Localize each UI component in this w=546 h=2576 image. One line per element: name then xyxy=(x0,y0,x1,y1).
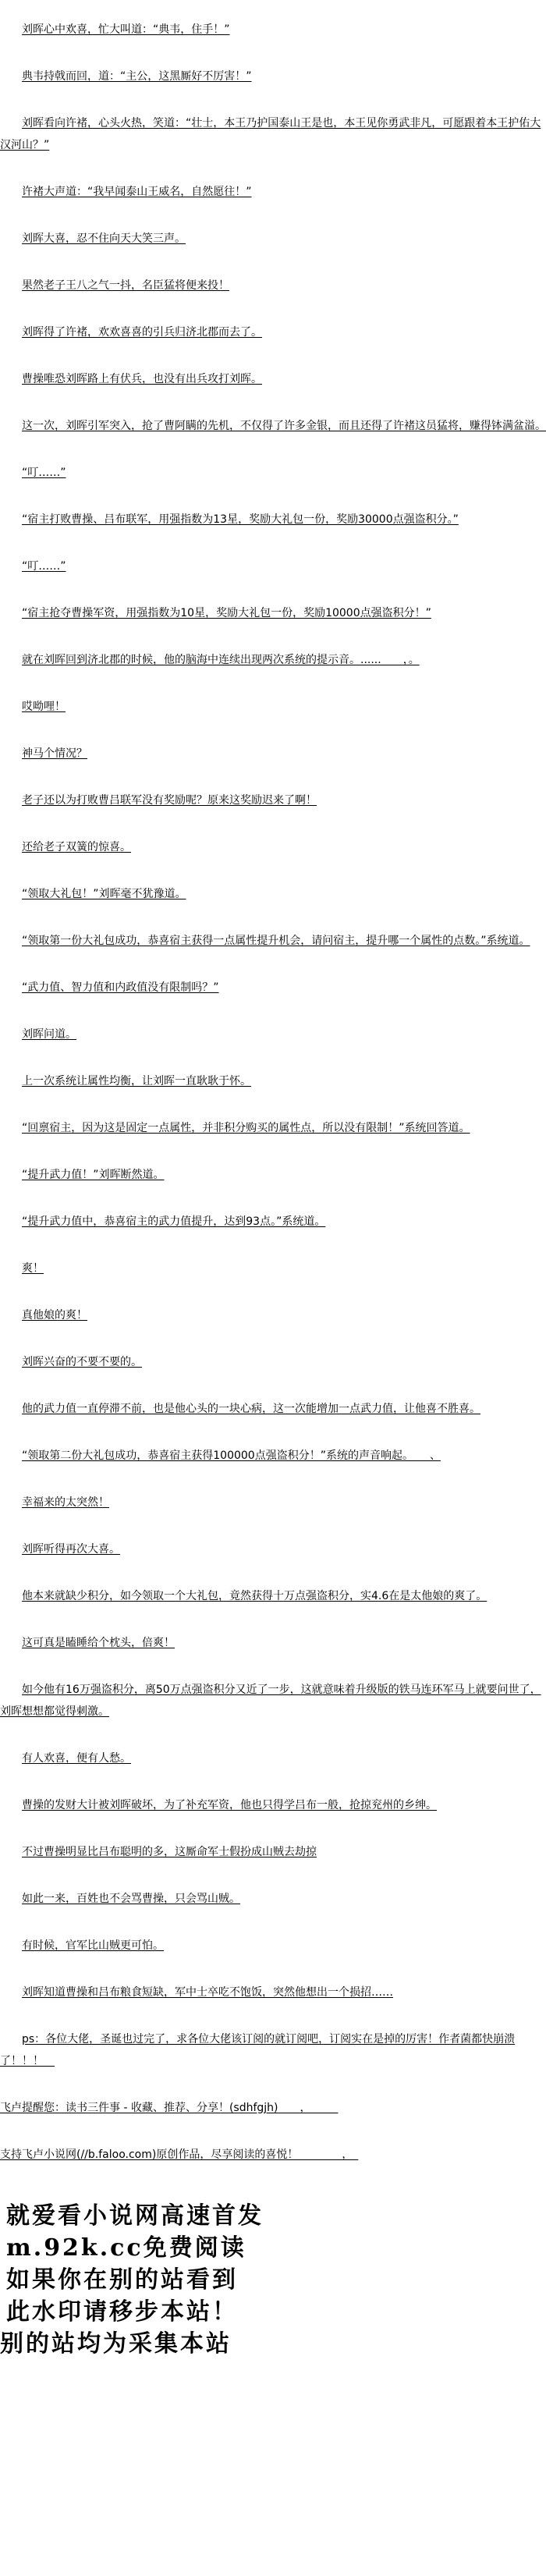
watermark-line: 此水印请移步本站！ xyxy=(0,2296,546,2328)
novel-paragraph: 果然老子王八之气一抖，名臣猛将便来投！ xyxy=(0,275,546,296)
novel-paragraph: 哎呦哩！ xyxy=(0,696,546,718)
novel-paragraph: 真他娘的爽！ xyxy=(0,1304,546,1326)
novel-paragraph: “宿主抢夺曹操军资，用强指数为10星，奖励大礼包一份，奖励10000点强盗积分！… xyxy=(0,602,546,624)
novel-paragraph: 许褚大声道：“我早闻泰山王威名，自然愿往！” xyxy=(0,181,546,203)
novel-paragraph: 如此一来，百姓也不会骂曹操，只会骂山贼。 xyxy=(0,1888,546,1910)
novel-paragraph: 不过曹操明显比吕布聪明的多，这厮命军士假扮成山贼去劫掠 xyxy=(0,1841,546,1863)
novel-paragraph: “叮……” xyxy=(0,555,546,577)
novel-paragraph: 就在刘晖回到济北郡的时候，他的脑海中连续出现两次系统的提示音。...... ，。 xyxy=(0,649,546,671)
novel-paragraph: 神马个情况？ xyxy=(0,743,546,765)
novel-paragraph: 曹操唯恐刘晖路上有伏兵，也没有出兵攻打刘晖。 xyxy=(0,368,546,390)
watermark-line: 别的站均为采集本站 xyxy=(0,2328,546,2360)
novel-paragraph: 如今他有16万强盗积分，离50万点强盗积分又近了一步，这就意味着升级版的铁马连环… xyxy=(0,1679,546,1723)
novel-paragraph: “武力值、智力值和内政值没有限制吗？” xyxy=(0,977,546,999)
paragraph-list: 刘晖心中欢喜，忙大叫道：“典韦，住手！”典韦持戟而回，道：“主公，这黑厮好不厉害… xyxy=(0,19,546,2166)
novel-paragraph: 他本来就缺少积分，如今领取一个大礼包，竟然获得十万点强盗积分，实4.6在是太他娘… xyxy=(0,1585,546,1607)
novel-paragraph: “叮……” xyxy=(0,462,546,484)
novel-paragraph: 曹操的发财大计被刘晖破坏，为了补充军资，他也只得学吕布一般，抢掠兖州的乡绅。 xyxy=(0,1794,546,1816)
novel-paragraph: 刘晖知道曹操和吕布粮食短缺，军中士卒吃不饱饭，突然他想出一个损招…… xyxy=(0,1982,546,2003)
watermark-block: 就爱看小说网高速首发m.92k.cc免费阅读如果你在别的站看到此水印请移步本站！… xyxy=(0,2200,546,2360)
novel-paragraph: ps：各位大佬，圣诞也过完了，求各位大佬该订阅的就订阅吧，订阅实在是掉的厉害！作… xyxy=(0,2028,546,2072)
novel-content: 刘晖心中欢喜，忙大叫道：“典韦，住手！”典韦持戟而回，道：“主公，这黑厮好不厉害… xyxy=(0,0,546,2360)
novel-paragraph: 刘晖心中欢喜，忙大叫道：“典韦，住手！” xyxy=(0,19,546,41)
novel-paragraph: 上一次系统让属性均衡，让刘晖一直耿耿于怀。 xyxy=(0,1070,546,1092)
novel-paragraph: 刘晖看向许褚，心头火热，笑道：“壮士，本王乃护国泰山王是也，本王见你勇武非凡，可… xyxy=(0,112,546,156)
novel-paragraph: “宿主打败曹操、吕布联军，用强指数为13星，奖励大礼包一份，奖励30000点强盗… xyxy=(0,509,546,530)
novel-paragraph: 这一次，刘晖引军突入，抢了曹阿瞒的先机，不仅得了许多金银，而且还得了许褚这员猛将… xyxy=(0,415,546,437)
watermark-line: m.92k.cc免费阅读 xyxy=(0,2232,546,2264)
novel-paragraph: “领取第一份大礼包成功，恭喜宿主获得一点属性提升机会，请问宿主，提升哪一个属性的… xyxy=(0,930,546,952)
novel-paragraph: 刘晖大喜，忍不住向天大笑三声。 xyxy=(0,228,546,250)
novel-paragraph: “提升武力值中，恭喜宿主的武力值提升，达到93点。”系统道。 xyxy=(0,1211,546,1233)
novel-paragraph: 他的武力值一直停滞不前，也是他心头的一块心病，这一次能增加一点武力值，让他喜不胜… xyxy=(0,1398,546,1420)
novel-paragraph: 刘晖问道。 xyxy=(0,1024,546,1045)
novel-paragraph: 幸福来的太突然！ xyxy=(0,1492,546,1513)
novel-paragraph: 老子还以为打败曹吕联军没有奖励呢？原来这奖励迟来了啊！ xyxy=(0,789,546,811)
novel-paragraph: “提升武力值！”刘晖断然道。 xyxy=(0,1164,546,1186)
novel-paragraph: 支持飞卢小说网(//b.faloo.com)原创作品，尽享阅读的喜悦！ ， xyxy=(0,2144,546,2166)
novel-paragraph: “领取大礼包！”刘晖毫不犹豫道。 xyxy=(0,883,546,905)
novel-paragraph: 典韦持戟而回，道：“主公，这黑厮好不厉害！” xyxy=(0,66,546,87)
novel-paragraph: “回禀宿主，因为这是固定一点属性，并非积分购买的属性点，所以没有限制！”系统回答… xyxy=(0,1117,546,1139)
watermark-line: 如果你在别的站看到 xyxy=(0,2264,546,2296)
novel-paragraph: 还给老子双簧的惊喜。 xyxy=(0,836,546,858)
novel-paragraph: 爽！ xyxy=(0,1258,546,1279)
novel-paragraph: 刘晖得了许褚，欢欢喜喜的引兵归济北郡而去了。 xyxy=(0,321,546,343)
novel-paragraph: 有时候，官军比山贼更可怕。 xyxy=(0,1935,546,1957)
novel-paragraph: 刘晖听得再次大喜。 xyxy=(0,1538,546,1560)
novel-paragraph: 刘晖兴奋的不要不要的。 xyxy=(0,1351,546,1373)
watermark-line: 就爱看小说网高速首发 xyxy=(0,2200,546,2232)
novel-paragraph: 有人欢喜，便有人愁。 xyxy=(0,1747,546,1769)
novel-paragraph: 飞卢提醒您：读书三件事 - 收藏、推荐、分享！(sdhfgjh) ， xyxy=(0,2097,546,2119)
novel-paragraph: “领取第二份大礼包成功，恭喜宿主获得100000点强盗积分！”系统的声音响起。 … xyxy=(0,1445,546,1467)
novel-paragraph: 这可真是瞌睡给个枕头，倍爽！ xyxy=(0,1632,546,1654)
